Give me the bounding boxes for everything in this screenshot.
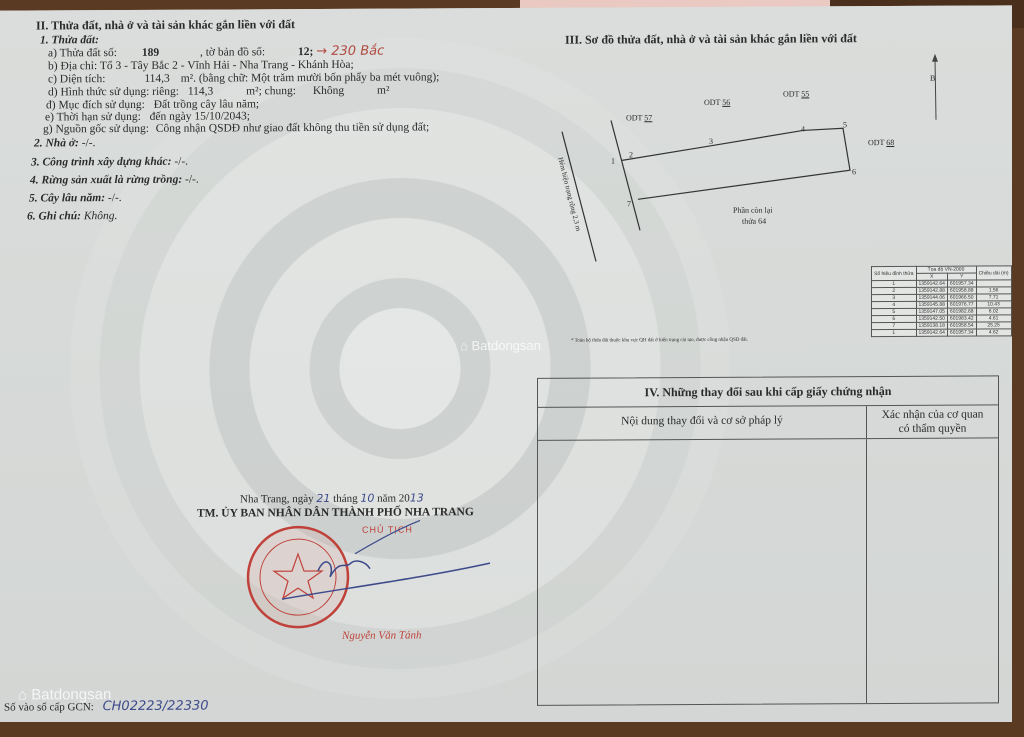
background-table-edge xyxy=(0,722,1024,737)
signer-name: Nguyễn Văn Tánh xyxy=(342,628,421,642)
official-seal-icon xyxy=(248,527,348,628)
watermark-footer: ⌂ Batdongsan xyxy=(18,686,111,703)
registry-number: CH02223/22330 xyxy=(103,699,209,715)
watermark-logo-icon: ⌂ xyxy=(18,687,27,704)
certificate-page: II. Thửa đất, nhà ở và tài sản khác gắn … xyxy=(0,5,1012,730)
watermark-brand: Batdongsan xyxy=(31,686,111,703)
seal-and-signature xyxy=(0,5,1012,730)
